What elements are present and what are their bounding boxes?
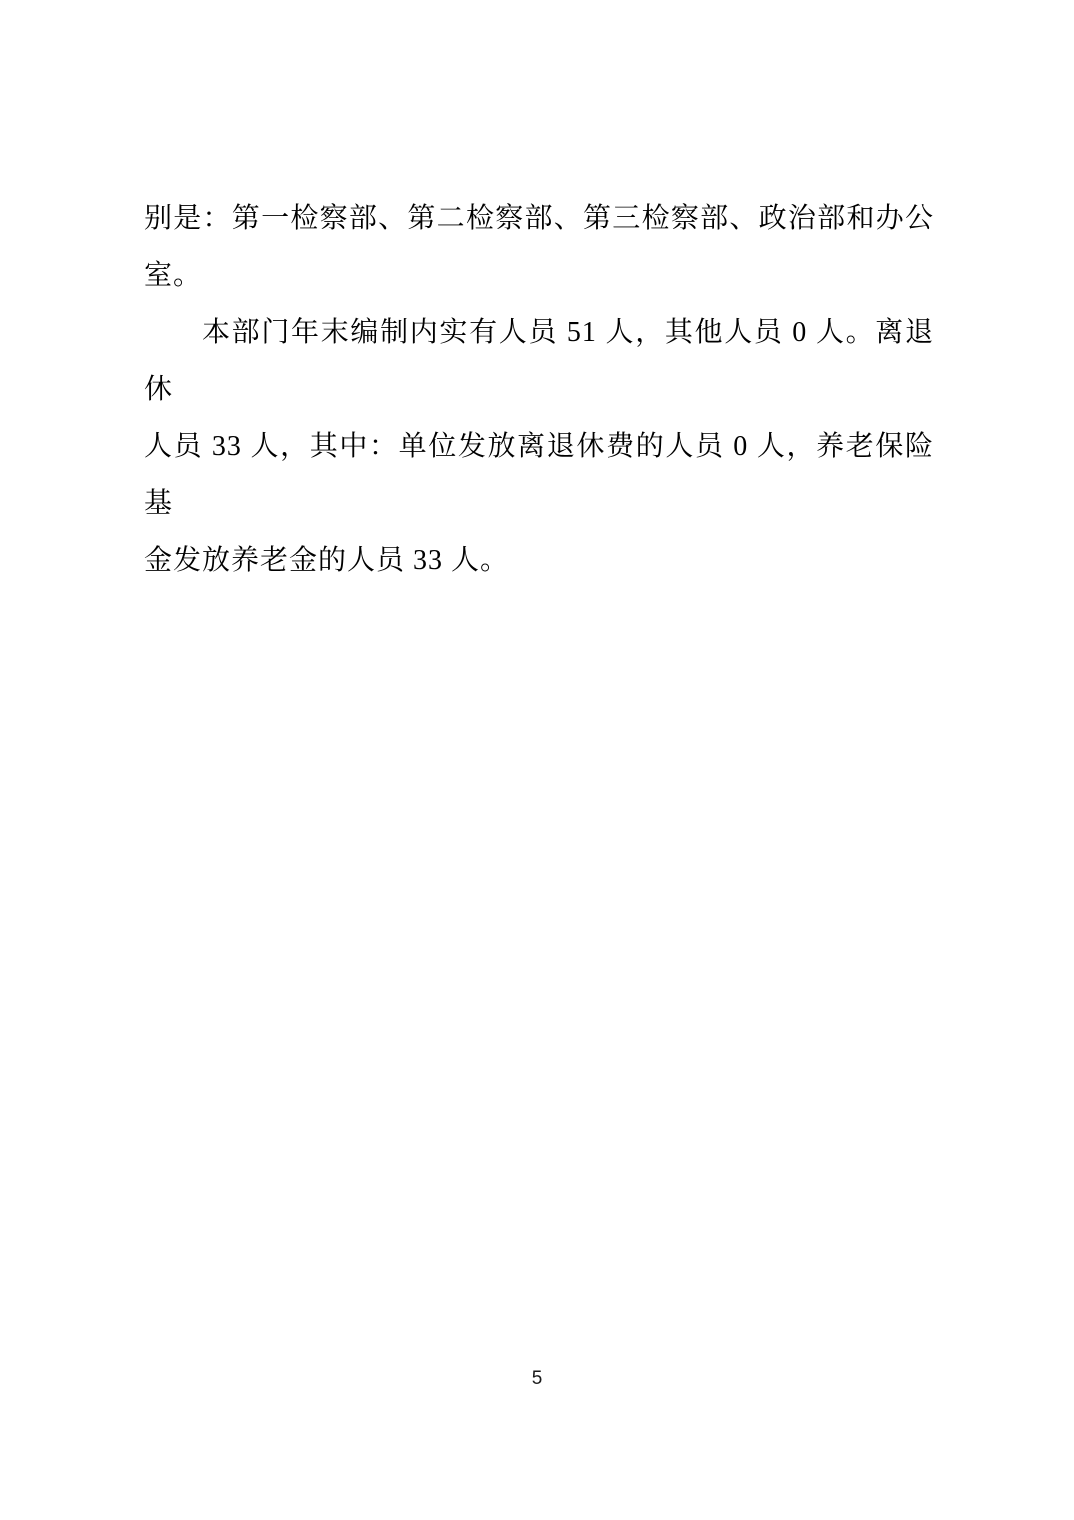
paragraph-line: 本部门年末编制内实有人员 51 人，其他人员 0 人。离退休 — [144, 304, 934, 418]
paragraph-staffing: 本部门年末编制内实有人员 51 人，其他人员 0 人。离退休 人员 33 人，其… — [144, 304, 934, 589]
document-body: 别是：第一检察部、第二检察部、第三检察部、政治部和办公 室。 本部门年末编制内实… — [144, 190, 934, 589]
paragraph-line: 室。 — [144, 247, 934, 304]
paragraph-departments: 别是：第一检察部、第二检察部、第三检察部、政治部和办公 室。 — [144, 190, 934, 304]
paragraph-line: 别是：第一检察部、第二检察部、第三检察部、政治部和办公 — [144, 190, 934, 247]
paragraph-line: 人员 33 人，其中：单位发放离退休费的人员 0 人，养老保险基 — [144, 418, 934, 532]
page-number: 5 — [0, 1366, 1074, 1392]
paragraph-line: 金发放养老金的人员 33 人。 — [144, 532, 934, 589]
document-page: 别是：第一检察部、第二检察部、第三检察部、政治部和办公 室。 本部门年末编制内实… — [0, 0, 1074, 1520]
